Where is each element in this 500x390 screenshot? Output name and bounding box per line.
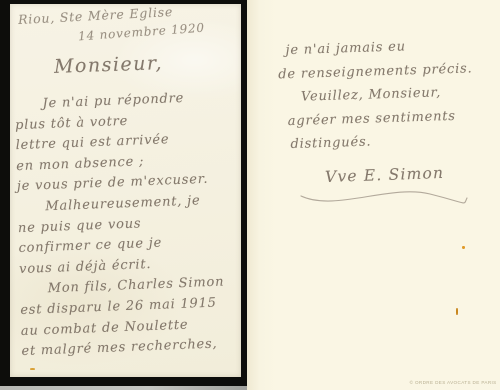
ink-speck <box>30 368 35 370</box>
scan-edge-strip <box>0 386 247 390</box>
signature-flourish <box>295 182 470 216</box>
letter-page-1: Riou, Ste Mère Eglise 14 novembre 1920 M… <box>10 4 241 377</box>
letter-line: distingués. <box>290 127 496 157</box>
letter-scan: Riou, Ste Mère Eglise 14 novembre 1920 M… <box>0 0 500 390</box>
salutation: Monsieur, <box>54 52 164 78</box>
copyright-credit: © ORDRE DES AVOCATS DE PARIS <box>410 380 497 386</box>
letter-body-page-1: Je n'ai pu répondre plus tôt à votre let… <box>14 89 241 363</box>
letter-body-page-2: je n'ai jamais eu de renseignements préc… <box>277 33 496 157</box>
letter-page-2: je n'ai jamais eu de renseignements préc… <box>247 0 500 390</box>
ink-speck <box>462 246 465 249</box>
ink-speck <box>456 308 458 315</box>
date-line: 14 novembre 1920 <box>78 21 206 44</box>
